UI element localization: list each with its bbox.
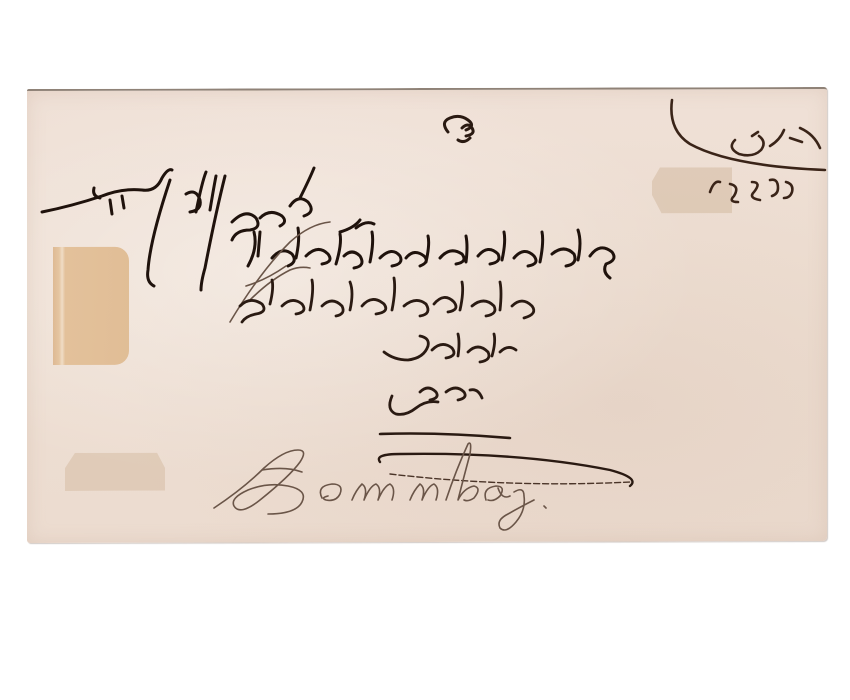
photo-stage: بحمد بي قبي ١٢٤٢ لعزيز الاخ الاعظم خواجه…	[0, 0, 850, 700]
address-line-2-ink	[248, 220, 614, 278]
crossed-scribble-ink	[230, 222, 330, 322]
top-center-mark-ink	[444, 116, 473, 141]
address-line-4-ink	[384, 334, 516, 362]
address-line-3-ink	[240, 278, 534, 322]
top-right-note-ink	[671, 100, 825, 202]
handwriting-ink	[0, 0, 850, 700]
loop-flourish	[379, 454, 633, 486]
address-line-5-ink	[390, 388, 482, 414]
loop-flourish-faded	[390, 474, 630, 484]
address-underline	[380, 434, 510, 439]
address-line-1-ink	[42, 168, 314, 290]
